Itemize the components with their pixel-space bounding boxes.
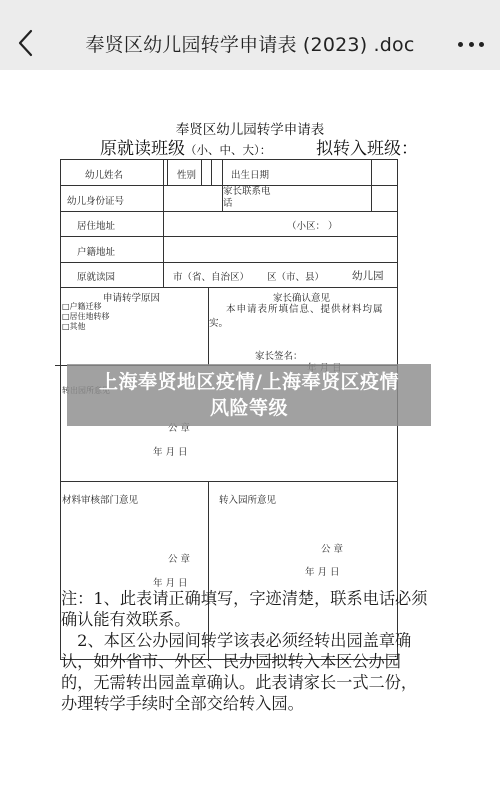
material-review-seal: 公 章 [168, 551, 190, 565]
original-class-line: 原就读班级（小、中、大）： [100, 134, 271, 159]
col-divider [167, 160, 168, 185]
material-review-header: 材料审核部门意见 [62, 492, 138, 506]
transfer-in-header: 转入园所意见 [219, 492, 276, 506]
parent-confirm-text-1: 本申请表所填信息、提供材料均属 [226, 301, 384, 315]
note-line: 确认能有效联系。 [61, 609, 451, 630]
document-viewer[interactable]: 奉贤区幼儿园转学申请表 原就读班级（小、中、大）： 拟转入班级： 幼儿姓名 性别… [0, 70, 500, 791]
hukou-address-label: 户籍地址 [77, 244, 115, 258]
parent-confirm-text-2: 实。 [209, 315, 228, 329]
caption-line-1: 上海奉贤地区疫情/上海奉贤区疫情 [99, 369, 399, 395]
original-class-hint: （小、中、大）： [185, 143, 271, 157]
note-line: 注：1、此表请正确填写，字迹清楚，联系电话必须 [61, 588, 451, 609]
residence-community-label: （小区： ） [287, 218, 338, 232]
gender-label: 性别 [177, 167, 196, 181]
transfer-in-seal: 公 章 [321, 541, 343, 555]
more-dot [469, 42, 474, 47]
original-kindergarten-label: 原就读园 [77, 269, 115, 283]
reason-option-other[interactable]: □其他 [62, 321, 86, 332]
col-divider [163, 160, 164, 211]
row-divider [61, 211, 397, 212]
more-horizontal-icon [458, 42, 463, 47]
original-class-label: 原就读班级 [100, 139, 185, 159]
residence-address-label: 居住地址 [77, 218, 115, 232]
note-line: 认，如外省市、外区、民办园拟转入本区公办园 [61, 651, 451, 672]
document-title: 奉贤区幼儿园转学申请表 (2023) .doc [70, 30, 430, 57]
form-notes: 注：1、此表请正确填写，字迹清楚，联系电话必须 确认能有效联系。 2、本区公办园… [61, 588, 451, 714]
more-options-button[interactable] [458, 36, 484, 52]
col-divider [163, 211, 164, 287]
row-divider [61, 262, 397, 263]
row-divider [61, 481, 397, 482]
reason-header: 申请转学原因 [103, 290, 160, 304]
child-name-label: 幼儿姓名 [85, 167, 123, 181]
parent-phone-label: 家长联系电 话 [223, 186, 271, 210]
col-divider [201, 160, 202, 185]
col-divider [211, 160, 212, 185]
transfer-out-date: 年 月 日 [153, 444, 188, 458]
app-header: 奉贤区幼儿园转学申请表 (2023) .doc [0, 0, 500, 70]
parent-phone-label-line1: 家长联系电 [223, 186, 271, 198]
original-kindergarten-city: 市（省、自治区） [173, 269, 249, 283]
more-dot [479, 42, 484, 47]
parent-phone-label-line2: 话 [223, 198, 271, 210]
parent-signature-label: 家长签名： [255, 348, 303, 362]
row-divider [61, 236, 397, 237]
caption-overlay: 上海奉贤地区疫情/上海奉贤区疫情 风险等级 [67, 364, 431, 426]
material-review-date: 年 月 日 [153, 575, 188, 589]
back-button[interactable] [14, 26, 38, 60]
note-line: 2、本区公办园间转学该表必须经转出园盖章确 [61, 630, 451, 651]
col-divider [371, 160, 372, 211]
birth-date-label: 出生日期 [231, 167, 269, 181]
chevron-left-icon [14, 26, 38, 60]
original-kindergarten-district: 区（市、县） [267, 269, 324, 283]
row-divider [61, 287, 397, 288]
note-line: 办理转学手续时全部交给转入园。 [61, 693, 451, 714]
target-class-label: 拟转入班级： [316, 134, 418, 159]
note-line: 的，无需转出园盖章确认。此表请家长一式二份， [61, 672, 451, 693]
child-id-label: 幼儿身份证号 [67, 193, 124, 207]
caption-line-2: 风险等级 [210, 395, 288, 421]
transfer-in-date: 年 月 日 [305, 564, 340, 578]
original-kindergarten-suffix: 幼儿园 [352, 268, 384, 283]
